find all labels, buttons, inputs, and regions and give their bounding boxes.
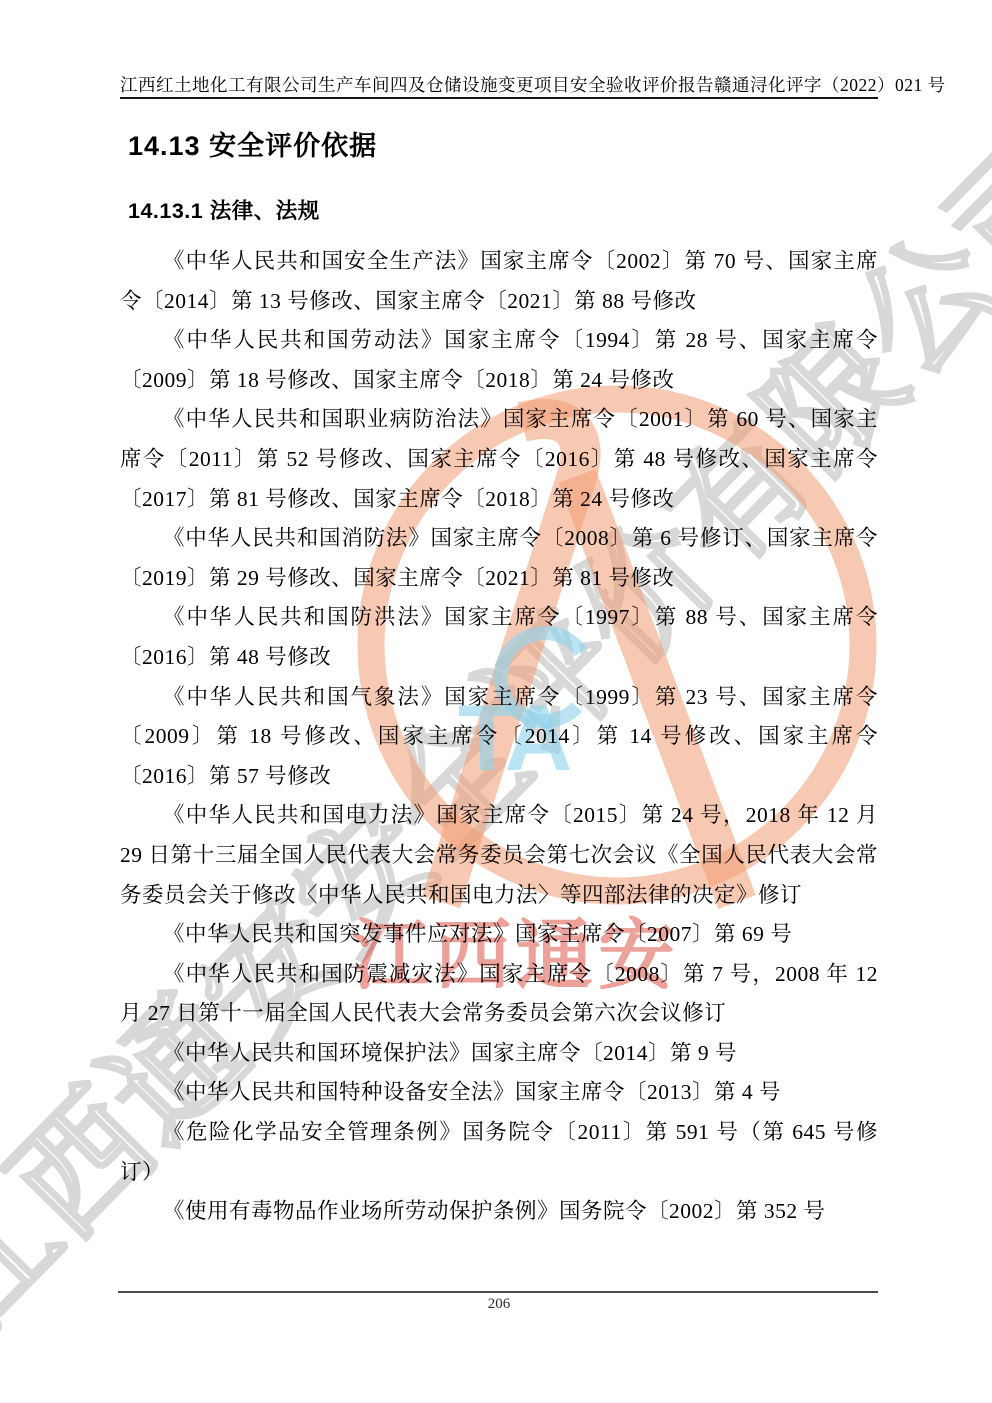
law-paragraph: 《中华人民共和国气象法》国家主席令〔1999〕第 23 号、国家主席令〔2009…: [120, 678, 878, 797]
law-paragraph: 《中华人民共和国环境保护法》国家主席令〔2014〕第 9 号: [120, 1034, 878, 1074]
law-paragraph: 《中华人民共和国防洪法》国家主席令〔1997〕第 88 号、国家主席令〔2016…: [120, 598, 878, 677]
section-heading: 14.13 安全评价依据: [128, 124, 377, 163]
law-paragraph: 《中华人民共和国防震减灾法》国家主席令〔2008〕第 7 号，2008 年 12…: [120, 955, 878, 1034]
page-number: 206: [120, 1296, 878, 1313]
law-paragraph: 《中华人民共和国劳动法》国家主席令〔1994〕第 28 号、国家主席令〔2009…: [120, 321, 878, 400]
header-document-number: 赣通浔化评字（2022）021 号: [714, 72, 946, 97]
header-report-title: 江西红土地化工有限公司生产车间四及仓储设施变更项目安全验收评价报告: [120, 72, 714, 97]
law-paragraph: 《危险化学品安全管理条例》国务院令〔2011〕第 591 号（第 645 号修订…: [120, 1113, 878, 1192]
subsection-heading: 14.13.1 法律、法规: [128, 194, 320, 225]
law-paragraph: 《中华人民共和国消防法》国家主席令〔2008〕第 6 号修订、国家主席令〔201…: [120, 519, 878, 598]
law-paragraph: 《中华人民共和国特种设备安全法》国家主席令〔2013〕第 4 号: [120, 1073, 878, 1113]
law-paragraph: 《中华人民共和国电力法》国家主席令〔2015〕第 24 号，2018 年 12 …: [120, 796, 878, 915]
page-content: 江西红土地化工有限公司生产车间四及仓储设施变更项目安全验收评价报告 赣通浔化评字…: [0, 0, 992, 1403]
law-paragraph: 《中华人民共和国突发事件应对法》国家主席令〔2007〕第 69 号: [120, 915, 878, 955]
page-header: 江西红土地化工有限公司生产车间四及仓储设施变更项目安全验收评价报告 赣通浔化评字…: [120, 72, 878, 97]
header-rule: [120, 97, 878, 99]
law-paragraph: 《使用有毒物品作业场所劳动保护条例》国务院令〔2002〕第 352 号: [120, 1192, 878, 1232]
document-page: 江西通安安全评价有限公司 TA 江西通安 江西红土地化工有限公司生产车间四及仓储…: [0, 0, 992, 1403]
law-paragraph: 《中华人民共和国安全生产法》国家主席令〔2002〕第 70 号、国家主席令〔20…: [120, 242, 878, 321]
law-list: 《中华人民共和国安全生产法》国家主席令〔2002〕第 70 号、国家主席令〔20…: [120, 242, 878, 1232]
footer-rule: [118, 1291, 878, 1293]
law-paragraph: 《中华人民共和国职业病防治法》国家主席令〔2001〕第 60 号、国家主席令〔2…: [120, 400, 878, 519]
